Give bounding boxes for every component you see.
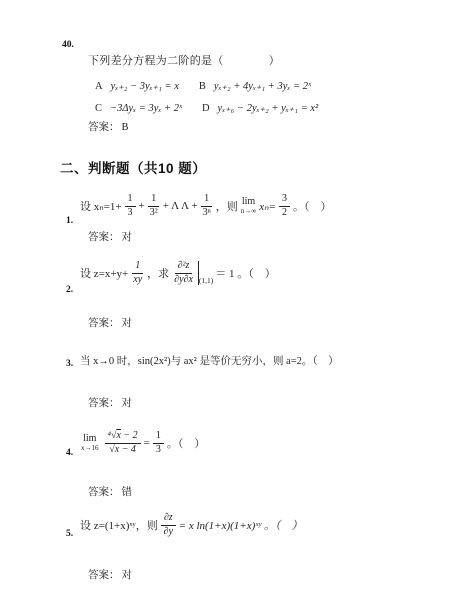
question-3-answer-line: 答案：对 (88, 395, 132, 410)
evaluation-bar-group: (1,1) (198, 261, 213, 285)
denominator: ∂y (162, 526, 175, 539)
question-1-formula: 设 xₙ=1+ 13 + 13² + Λ Λ + 13ⁿ ，则 limn→∞ x… (80, 193, 331, 219)
question-5-formula: 设 z=(1+x)ˣʸ，则 ∂z∂y = x ln(1+x)(1+x)ˣʸ 。（… (80, 512, 302, 538)
denominator: √x − 4 (107, 444, 138, 457)
numerator: ∂z (161, 512, 176, 526)
answer-value: 对 (122, 232, 133, 243)
option-d: D yₓ₊₆ − 2yₓ₊₂ + yₓ₊₁ = x² (202, 102, 318, 114)
question-40-stem: 下列差分方程为二阶的是（ ） (88, 52, 280, 68)
answer-value: 错 (122, 487, 133, 498)
question-4-formula: limx→16 ⁴√x − 2 √x − 4 = 13 。（ ） (78, 430, 205, 456)
numerator: 1 (132, 260, 143, 274)
answer-label: 答案： (88, 232, 120, 243)
answer-value: B (122, 122, 129, 133)
limit-text: lim (242, 197, 255, 207)
option-b-formula: yₓ₊₂ + 4yₓ₊₁ + 3yₓ = 2ˣ (214, 80, 311, 92)
answer-value: 对 (122, 398, 133, 409)
q1-plus: + (139, 200, 145, 212)
denominator: 2 (280, 207, 289, 220)
question-40-number: 40. (62, 40, 74, 50)
question-1-number: 1. (66, 216, 73, 226)
question-40-options-row-2: C −3Δyₓ = 3yₓ + 2ˣ D yₓ₊₆ − 2yₓ₊₂ + yₓ₊₁… (95, 102, 318, 114)
q2-text-pre: 设 z=x+y+ (80, 265, 128, 281)
option-d-formula: yₓ₊₆ − 2yₓ₊₂ + yₓ₊₁ = x² (218, 102, 319, 114)
question-4-answer-line: 答案：错 (88, 484, 132, 499)
denominator: ∂y∂x (172, 274, 195, 287)
answer-label: 答案： (88, 122, 120, 133)
denominator: xy (131, 274, 144, 287)
option-d-label: D (202, 103, 210, 114)
q2-mid: ，求 (147, 265, 169, 281)
q4-equals: = (144, 437, 150, 449)
question-3-text: 当 x→0 时，sin(2x²)与 ax² 是等价无穷小，则 a=2。（ ） (80, 353, 339, 368)
fraction: 1xy (131, 260, 144, 286)
numerator: 1 (201, 193, 212, 207)
q1-then: ，则 (216, 198, 238, 214)
answer-label: 答案： (88, 487, 120, 498)
option-c: C −3Δyₓ = 3yₓ + 2ˣ (95, 103, 182, 114)
question-2-number: 2. (66, 285, 73, 295)
numerator: 1 (148, 193, 159, 207)
question-2-answer-line: 答案：对 (88, 315, 132, 330)
question-40-answer-line: 答案：B (88, 119, 129, 134)
denominator: 3ⁿ (201, 207, 213, 220)
q2-tail: ＝ 1 。（ ） (215, 265, 276, 281)
numerator-rest: − 2 (121, 430, 138, 441)
q5-text-pre: 设 z=(1+x)ˣʸ，则 (80, 517, 158, 533)
option-a-formula: yₓ₊₂ − 3yₓ₊₁ = x (111, 80, 179, 92)
option-b-label: B (199, 81, 206, 92)
exam-document-page: 40. 下列差分方程为二阶的是（ ） A yₓ₊₂ − 3yₓ₊₁ = x B … (0, 0, 465, 613)
question-3-number: 3. (66, 359, 73, 369)
option-c-formula: −3Δyₓ = 3yₓ + 2ˣ (110, 103, 182, 114)
fraction: ⁴√x − 2 √x − 4 (105, 430, 141, 456)
question-5-number: 5. (66, 529, 73, 539)
q1-dots: + Λ Λ + (163, 200, 198, 212)
question-2-formula: 设 z=x+y+ 1xy ，求 ∂²z∂y∂x (1,1) ＝ 1 。（ ） (80, 260, 276, 286)
limit-subscript: x→16 (81, 445, 99, 452)
q1-mid: xₙ= (259, 200, 276, 213)
denominator: 3² (148, 207, 160, 220)
option-b: B yₓ₊₂ + 4yₓ₊₁ + 3yₓ = 2ˣ (199, 80, 311, 92)
limit-operator: limx→16 (81, 434, 99, 452)
numerator: 3 (279, 193, 290, 207)
denominator-rest: − 4 (119, 444, 136, 455)
answer-label: 答案： (88, 398, 120, 409)
question-4-number: 4. (66, 448, 73, 458)
fraction: 13ⁿ (201, 193, 213, 219)
numerator: 1 (153, 430, 164, 444)
answer-value: 对 (122, 318, 133, 329)
answer-value: 对 (122, 570, 133, 581)
denominator: 3 (126, 207, 135, 220)
fraction: ∂z∂y (161, 512, 176, 538)
limit-text: lim (83, 434, 96, 444)
question-5-answer-line: 答案：对 (88, 567, 132, 582)
option-a-label: A (95, 81, 103, 92)
fraction: 13 (125, 193, 136, 219)
section-header: 二、判断题（共10 题） (60, 157, 206, 177)
evaluation-point: (1,1) (199, 276, 213, 285)
question-40-options-row-1: A yₓ₊₂ − 3yₓ₊₁ = x B yₓ₊₂ + 4yₓ₊₁ + 3yₓ … (95, 80, 311, 92)
option-c-label: C (95, 103, 102, 114)
fraction: 32 (279, 193, 290, 219)
q5-post: = x ln(1+x)(1+x)ˣʸ 。（ ） (179, 517, 303, 533)
limit-operator: limn→∞ (241, 197, 257, 215)
q1-text-pre: 设 xₙ=1+ (80, 198, 122, 214)
question-1-answer-line: 答案：对 (88, 229, 132, 244)
answer-label: 答案： (88, 570, 120, 581)
numerator: ⁴√x − 2 (105, 430, 141, 444)
denominator: 3 (154, 444, 163, 457)
numerator: ∂²z (175, 260, 193, 274)
option-a: A yₓ₊₂ − 3yₓ₊₁ = x (95, 80, 179, 92)
q1-end: 。（ ） (293, 198, 332, 214)
numerator: 1 (125, 193, 136, 207)
q4-end: 。（ ） (167, 435, 206, 451)
fraction: ∂²z∂y∂x (172, 260, 195, 286)
limit-subscript: n→∞ (241, 208, 257, 215)
answer-label: 答案： (88, 318, 120, 329)
fraction: 13² (148, 193, 160, 219)
fraction: 13 (153, 430, 164, 456)
